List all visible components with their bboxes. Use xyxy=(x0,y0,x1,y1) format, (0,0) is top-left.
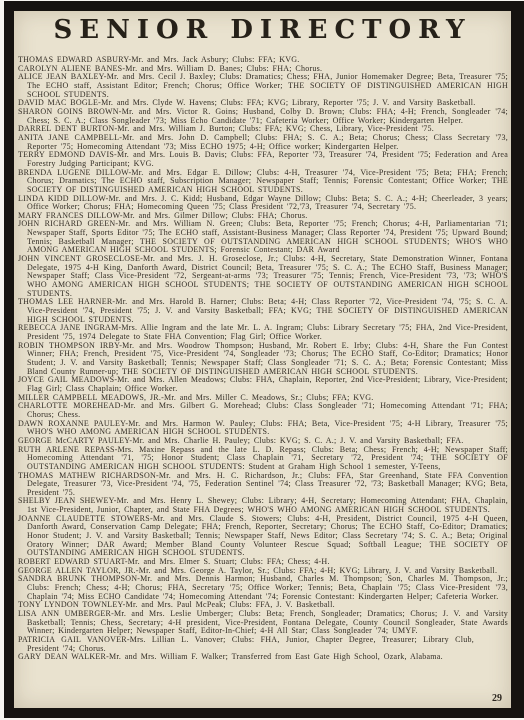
directory-entry: JOHN VINCENT GROSECLOSE-Mr. and Mrs. J. … xyxy=(18,255,508,298)
directory-entry: PATRICIA GAIL VANOVER-Mrs. Lillian L. Va… xyxy=(18,636,508,653)
directory-entry: JOYCE GAIL MEADOWS-Mr. and Mrs. Allen Me… xyxy=(18,376,508,393)
directory-entries: THOMAS EDWARD ASBURY-Mr. and Mrs. Jack A… xyxy=(14,56,511,708)
directory-entry: TERRY EDMOND DAVIS-Mr. and Mrs. Louis B.… xyxy=(18,151,508,168)
directory-entry: THOMAS LEE HARNER-Mr. and Mrs. Harold B.… xyxy=(18,298,508,324)
directory-entry: ANITA JANE CAMPBELL-Mr. and Mrs. John D.… xyxy=(18,134,508,151)
directory-entry: CHARLOTTE MOREHEAD-Mr. and Mrs. Gilbert … xyxy=(18,402,508,419)
directory-entry: RUTH ARLENE REPASS-Mrs. Maxine Repass an… xyxy=(18,446,508,472)
scanned-page: SENIOR DIRECTORY THOMAS EDWARD ASBURY-Mr… xyxy=(0,0,524,720)
directory-entry: SANDRA BRUNK THOMPSON-Mr. and Mrs. Denni… xyxy=(18,575,508,601)
directory-entry: REBECCA JANE INGRAM-Mrs. Allie Ingram an… xyxy=(18,324,508,341)
page-title: SENIOR DIRECTORY xyxy=(14,15,511,45)
directory-entry: ALICE JEAN BAXLEY-Mr. and Mrs. Cecil J. … xyxy=(18,73,508,99)
directory-entry: LISA ANN UMBERGER-Mr. and Mrs. Leslie Um… xyxy=(18,610,508,636)
directory-entry: SHARON GOINS BROWN-Mr. and Mrs. Victor R… xyxy=(18,108,508,125)
page-number: 29 xyxy=(492,693,502,704)
page: SENIOR DIRECTORY THOMAS EDWARD ASBURY-Mr… xyxy=(14,11,511,708)
directory-entry: GARY DEAN WALKER-Mr. and Mrs. William F.… xyxy=(18,653,508,662)
directory-entry: ROBIN THOMPSON IRBY-Mr. and Mrs. Woodrow… xyxy=(18,342,508,377)
directory-entry: BRENDA LUGENE DILLOW-Mr. and Mrs. Edgar … xyxy=(18,169,508,195)
directory-entry: SHELBY JEAN SHEWEY-Mr. and Mrs. Henry L.… xyxy=(18,497,508,514)
directory-entry: THOMAS MATHEW RICHARDSON-Mr. and Mrs. H.… xyxy=(18,472,508,498)
directory-entry: JOHN RICHARD GREEN-Mr. and Mrs. William … xyxy=(18,220,508,255)
directory-entry: LINDA KIDD DILLOW-Mr. and Mrs. J. C. Kid… xyxy=(18,195,508,212)
directory-entry: DAWN ROXANNE PAULEY-Mr. and Mrs. Harmon … xyxy=(18,420,508,437)
directory-entry: JOANNE CLAUDETTE STOWERS-Mr. and Mrs. Cl… xyxy=(18,515,508,558)
